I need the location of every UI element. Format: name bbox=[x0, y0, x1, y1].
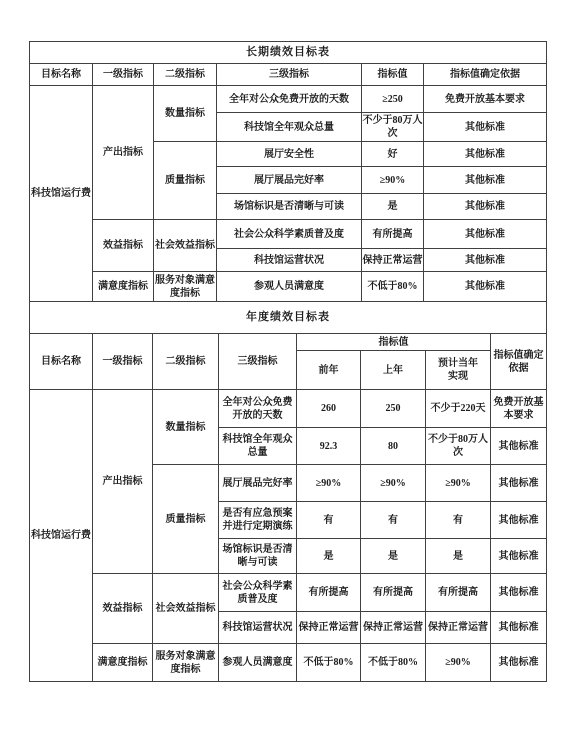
table-title-row: 年度绩效目标表 bbox=[30, 302, 547, 334]
basis-cell: 其他标准 bbox=[491, 502, 547, 539]
level2-indicator-cell: 数量指标 bbox=[153, 390, 219, 465]
level3-indicator-cell: 全年对公众免费开放的天数 bbox=[219, 390, 297, 428]
indicator-value-cell: 保持正常运营 bbox=[362, 249, 424, 272]
level2-indicator-cell: 社会效益指标 bbox=[154, 220, 217, 272]
value-current-year-cell: ≥90% bbox=[426, 465, 491, 502]
value-current-year-cell: 保持正常运营 bbox=[426, 612, 491, 644]
basis-cell: 其他标准 bbox=[491, 612, 547, 644]
basis-cell: 其他标准 bbox=[491, 539, 547, 574]
basis-cell: 其他标准 bbox=[424, 220, 547, 249]
value-current-year-cell: 是 bbox=[426, 539, 491, 574]
value-current-year-cell: 有所提高 bbox=[426, 574, 491, 612]
level3-indicator-cell: 科技馆运营状况 bbox=[217, 249, 362, 272]
basis-cell: 其他标准 bbox=[491, 465, 547, 502]
value-last-year-cell: 保持正常运营 bbox=[361, 612, 426, 644]
table-row: 满意度指标 服务对象满意度指标 参观人员满意度 不低于80% 不低于80% ≥9… bbox=[30, 644, 547, 682]
table-row: 科技馆运行费 产出指标 数量指标 全年对公众免费开放的天数 260 250 不少… bbox=[30, 390, 547, 428]
level1-indicator-cell: 效益指标 bbox=[93, 220, 154, 272]
table-title-row: 长期绩效目标表 bbox=[30, 42, 547, 64]
basis-cell: 其他标准 bbox=[424, 142, 547, 167]
value-current-year-cell: 不少于220天 bbox=[426, 390, 491, 428]
level3-indicator-cell: 是否有应急预案并进行定期演练 bbox=[219, 502, 297, 539]
column-header-basis: 指标值确定依据 bbox=[424, 64, 547, 86]
column-header-level3: 三级指标 bbox=[219, 334, 297, 390]
column-header-level1: 一级指标 bbox=[93, 334, 153, 390]
column-header-value: 指标值 bbox=[362, 64, 424, 86]
table-row: 科技馆运行费 产出指标 数量指标 全年对公众免费开放的天数 ≥250 免费开放基… bbox=[30, 86, 547, 113]
indicator-value-cell: 不少于80万人次 bbox=[362, 113, 424, 142]
table-row: 效益指标 社会效益指标 社会公众科学素质普及度 有所提高 有所提高 有所提高 其… bbox=[30, 574, 547, 612]
basis-cell: 其他标准 bbox=[491, 644, 547, 682]
indicator-value-cell: ≥250 bbox=[362, 86, 424, 113]
value-year-before-last-cell: 260 bbox=[297, 390, 361, 428]
basis-cell: 其他标准 bbox=[424, 113, 547, 142]
basis-cell: 免费开放基本要求 bbox=[491, 390, 547, 428]
basis-cell: 其他标准 bbox=[491, 428, 547, 465]
table-row: 满意度指标 服务对象满意度指标 参观人员满意度 不低于80% 其他标准 bbox=[30, 272, 547, 302]
value-last-year-cell: 是 bbox=[361, 539, 426, 574]
level3-indicator-cell: 科技馆运营状况 bbox=[219, 612, 297, 644]
basis-cell: 免费开放基本要求 bbox=[424, 86, 547, 113]
level1-indicator-cell: 满意度指标 bbox=[93, 272, 154, 302]
level3-indicator-cell: 参观人员满意度 bbox=[217, 272, 362, 302]
level3-indicator-cell: 展厅展品完好率 bbox=[217, 167, 362, 194]
value-last-year-cell: 不低于80% bbox=[361, 644, 426, 682]
basis-cell: 其他标准 bbox=[424, 194, 547, 220]
header-row: 目标名称 一级指标 二级指标 三级指标 指标值 指标值确定依据 bbox=[30, 334, 547, 351]
target-name-cell: 科技馆运行费 bbox=[30, 86, 93, 302]
value-year-before-last-cell: 保持正常运营 bbox=[297, 612, 361, 644]
level1-indicator-cell: 满意度指标 bbox=[93, 644, 153, 682]
value-year-before-last-cell: ≥90% bbox=[297, 465, 361, 502]
column-header-level1: 一级指标 bbox=[93, 64, 154, 86]
value-current-year-cell: ≥90% bbox=[426, 644, 491, 682]
indicator-value-cell: 有所提高 bbox=[362, 220, 424, 249]
value-year-before-last-cell: 有所提高 bbox=[297, 574, 361, 612]
level3-indicator-cell: 场馆标识是否清晰与可读 bbox=[219, 539, 297, 574]
value-current-year-cell: 不少于80万人次 bbox=[426, 428, 491, 465]
level2-indicator-cell: 质量指标 bbox=[154, 142, 217, 220]
annual-table-title: 年度绩效目标表 bbox=[30, 302, 547, 334]
value-year-before-last-cell: 是 bbox=[297, 539, 361, 574]
column-header-value-group: 指标值 bbox=[297, 334, 491, 351]
basis-cell: 其他标准 bbox=[491, 574, 547, 612]
value-year-before-last-cell: 有 bbox=[297, 502, 361, 539]
value-last-year-cell: ≥90% bbox=[361, 465, 426, 502]
column-header-target-name: 目标名称 bbox=[30, 64, 93, 86]
basis-cell: 其他标准 bbox=[424, 167, 547, 194]
level1-indicator-cell: 产出指标 bbox=[93, 86, 154, 220]
level3-indicator-cell: 展厅展品完好率 bbox=[219, 465, 297, 502]
value-year-before-last-cell: 不低于80% bbox=[297, 644, 361, 682]
target-name-cell: 科技馆运行费 bbox=[30, 390, 93, 682]
long-term-performance-table: 长期绩效目标表 目标名称 一级指标 二级指标 三级指标 指标值 指标值确定依据 … bbox=[29, 41, 547, 302]
document-page: 长期绩效目标表 目标名称 一级指标 二级指标 三级指标 指标值 指标值确定依据 … bbox=[0, 0, 573, 750]
performance-tables-document: 长期绩效目标表 目标名称 一级指标 二级指标 三级指标 指标值 指标值确定依据 … bbox=[29, 41, 546, 682]
level3-indicator-cell: 展厅安全性 bbox=[217, 142, 362, 167]
level3-indicator-cell: 社会公众科学素质普及度 bbox=[219, 574, 297, 612]
value-last-year-cell: 有 bbox=[361, 502, 426, 539]
header-row: 目标名称 一级指标 二级指标 三级指标 指标值 指标值确定依据 bbox=[30, 64, 547, 86]
level3-indicator-cell: 科技馆全年观众总量 bbox=[219, 428, 297, 465]
indicator-value-cell: 不低于80% bbox=[362, 272, 424, 302]
level2-indicator-cell: 质量指标 bbox=[153, 465, 219, 574]
level3-indicator-cell: 科技馆全年观众总量 bbox=[217, 113, 362, 142]
column-header-current-year-expected: 预计当年实现 bbox=[426, 351, 491, 390]
level2-indicator-cell: 社会效益指标 bbox=[153, 574, 219, 644]
indicator-value-cell: 好 bbox=[362, 142, 424, 167]
level3-indicator-cell: 全年对公众免费开放的天数 bbox=[217, 86, 362, 113]
column-header-target-name: 目标名称 bbox=[30, 334, 93, 390]
basis-cell: 其他标准 bbox=[424, 249, 547, 272]
column-header-last-year: 上年 bbox=[361, 351, 426, 390]
table-row: 效益指标 社会效益指标 社会公众科学素质普及度 有所提高 其他标准 bbox=[30, 220, 547, 249]
column-header-level2: 二级指标 bbox=[154, 64, 217, 86]
value-current-year-cell: 有 bbox=[426, 502, 491, 539]
long-term-table-title: 长期绩效目标表 bbox=[30, 42, 547, 64]
value-last-year-cell: 250 bbox=[361, 390, 426, 428]
level2-indicator-cell: 数量指标 bbox=[154, 86, 217, 142]
value-last-year-cell: 80 bbox=[361, 428, 426, 465]
value-last-year-cell: 有所提高 bbox=[361, 574, 426, 612]
level3-indicator-cell: 社会公众科学素质普及度 bbox=[217, 220, 362, 249]
column-header-basis: 指标值确定依据 bbox=[491, 334, 547, 390]
column-header-level2: 二级指标 bbox=[153, 334, 219, 390]
annual-performance-table: 年度绩效目标表 目标名称 一级指标 二级指标 三级指标 指标值 指标值确定依据 … bbox=[29, 301, 547, 682]
indicator-value-cell: 是 bbox=[362, 194, 424, 220]
column-header-year-before-last: 前年 bbox=[297, 351, 361, 390]
level1-indicator-cell: 产出指标 bbox=[93, 390, 153, 574]
indicator-value-cell: ≥90% bbox=[362, 167, 424, 194]
level2-indicator-cell: 服务对象满意度指标 bbox=[153, 644, 219, 682]
column-header-level3: 三级指标 bbox=[217, 64, 362, 86]
level2-indicator-cell: 服务对象满意度指标 bbox=[154, 272, 217, 302]
basis-cell: 其他标准 bbox=[424, 272, 547, 302]
level3-indicator-cell: 参观人员满意度 bbox=[219, 644, 297, 682]
value-year-before-last-cell: 92.3 bbox=[297, 428, 361, 465]
level3-indicator-cell: 场馆标识是否清晰与可读 bbox=[217, 194, 362, 220]
level1-indicator-cell: 效益指标 bbox=[93, 574, 153, 644]
